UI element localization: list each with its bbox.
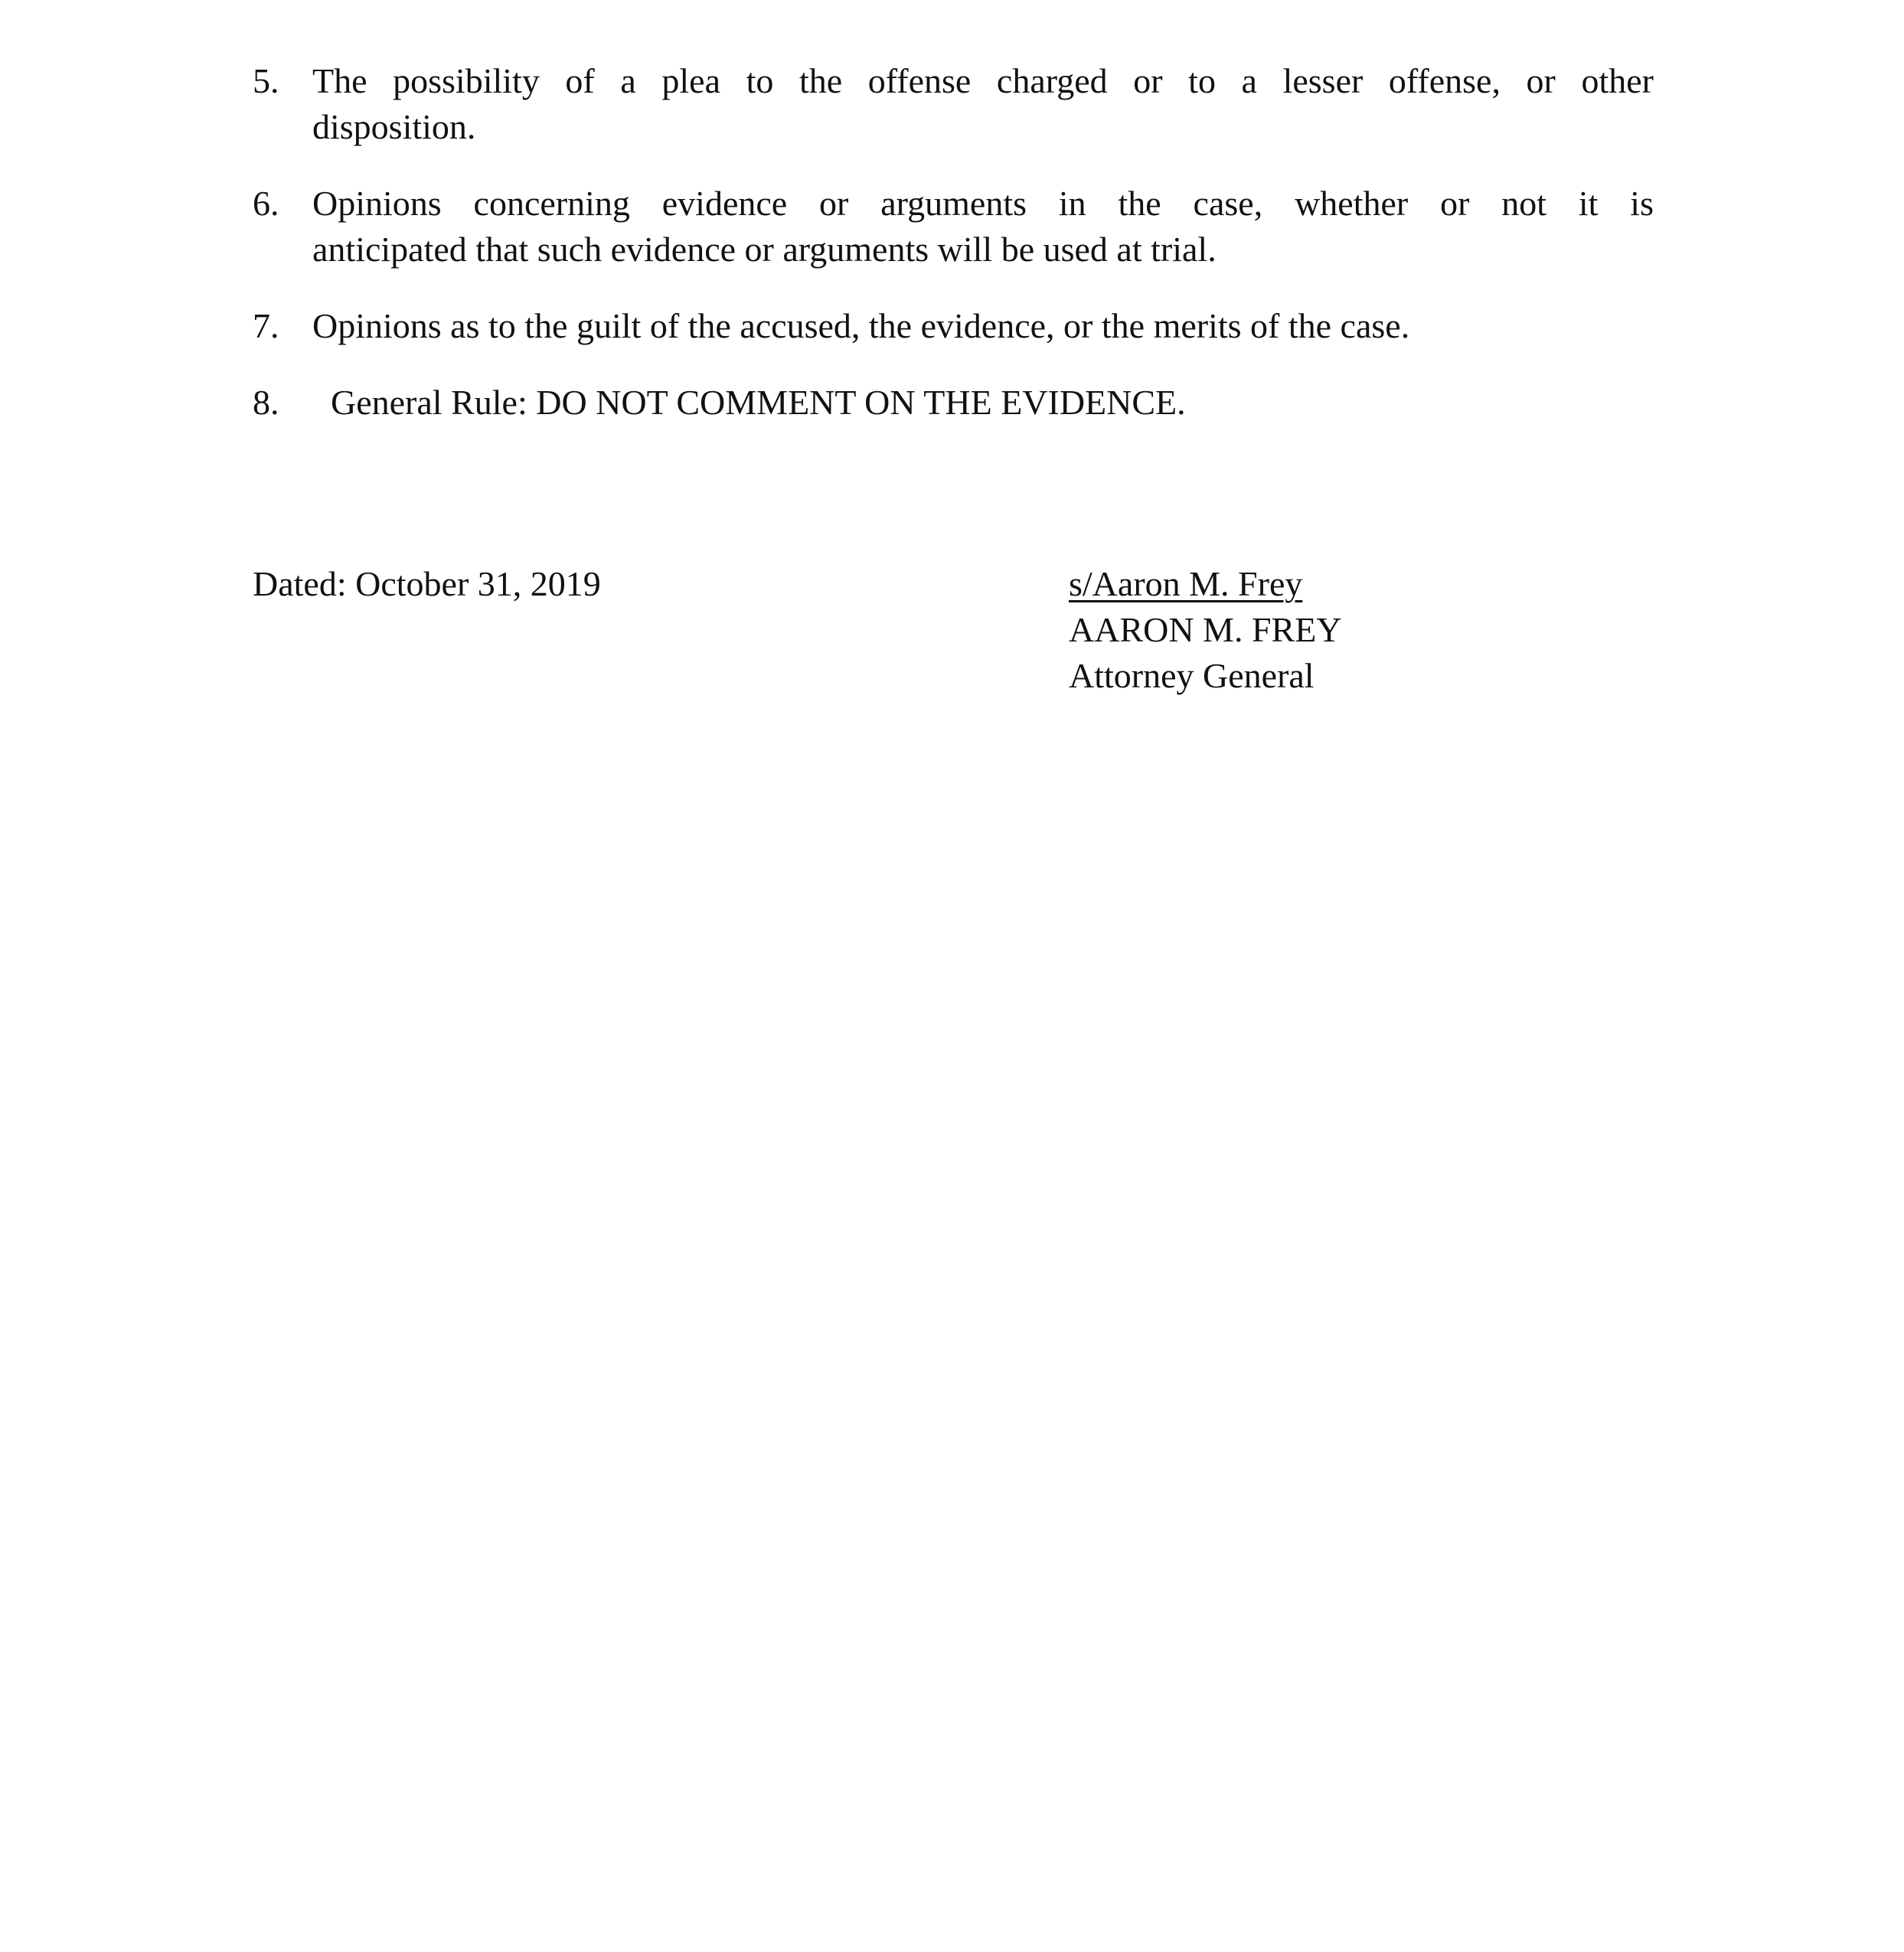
item-text-line1: Opinions concerning evidence or argument…	[312, 181, 1654, 227]
item-number: 6.	[253, 181, 279, 227]
signer-title: Attorney General	[1069, 653, 1342, 699]
list-item-7: 7. Opinions as to the guilt of the accus…	[253, 303, 1654, 349]
item-text-line1: The possibility of a plea to the offense…	[312, 58, 1654, 104]
electronic-signature: s/Aaron M. Frey	[1069, 561, 1342, 607]
item-number: 8.	[253, 380, 279, 426]
signer-name: AARON M. FREY	[1069, 607, 1342, 653]
list-item-8: 8. General Rule: DO NOT COMMENT ON THE E…	[253, 380, 1654, 426]
item-text-line2: anticipated that such evidence or argume…	[312, 227, 1654, 273]
item-text: General Rule: DO NOT COMMENT ON THE EVID…	[331, 380, 1654, 426]
numbered-list: 5. The possibility of a plea to the offe…	[253, 58, 1654, 456]
signature-block: s/Aaron M. Frey AARON M. FREY Attorney G…	[1069, 561, 1342, 699]
item-number: 5.	[253, 58, 279, 104]
item-number: 7.	[253, 303, 279, 349]
item-text-line2: disposition.	[312, 104, 1654, 150]
item-text: Opinions as to the guilt of the accused,…	[312, 303, 1654, 349]
date-line: Dated: October 31, 2019	[253, 561, 601, 607]
list-item-5: 5. The possibility of a plea to the offe…	[253, 58, 1654, 150]
list-item-6: 6. Opinions concerning evidence or argum…	[253, 181, 1654, 273]
